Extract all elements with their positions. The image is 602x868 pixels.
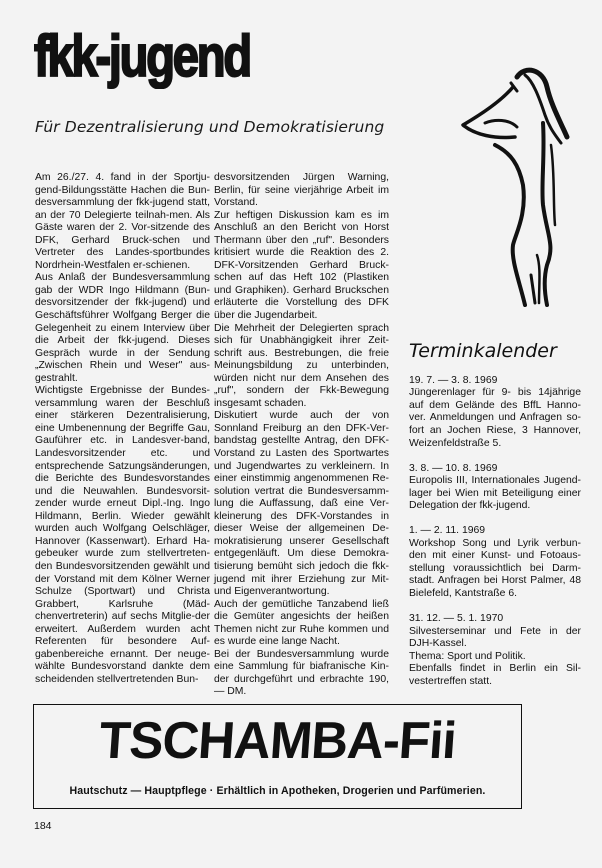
article-paragraph: desvorsitzenden Jürgen Warning, Berlin, … (214, 172, 389, 210)
advertisement-box: TSCHAMBA-Fii Hautschutz — Hauptpflege · … (33, 704, 522, 809)
event-note: Ebenfalls findet in Berlin ein Sil-veste… (409, 663, 581, 688)
event-date: 3. 8. — 10. 8. 1969 (409, 463, 581, 476)
event-description: Workshop Song und Lyrik verbun-den mit e… (409, 538, 581, 599)
article-paragraph: Wichtigste Ergebnisse der Bundes-versamm… (35, 385, 210, 686)
article-paragraph: Auch der gemütliche Tanzabend ließ die G… (214, 599, 389, 649)
article-paragraph: Bei der Bundesversammlung wurde eine Sam… (214, 649, 389, 699)
article-column-1: Am 26./27. 4. fand in der Sportju-gend-B… (35, 172, 210, 686)
calendar-event: 31. 12. — 5. 1. 1970 Silvesterseminar un… (409, 613, 581, 688)
event-description: Silvesterseminar und Fete in der DJH-Kas… (409, 626, 581, 651)
article-paragraph: Aus Anlaß der Bundesversammlung gab der … (35, 272, 210, 385)
event-date: 31. 12. — 5. 1. 1970 (409, 613, 581, 626)
page-title: fkk-jugend (34, 28, 250, 86)
event-date: 19. 7. — 3. 8. 1969 (409, 375, 581, 388)
page-subtitle: Für Dezentralisierung und Demokratisieru… (35, 118, 384, 136)
article-column-2: desvorsitzenden Jürgen Warning, Berlin, … (214, 172, 389, 699)
article-paragraph: Diskutiert wurde auch der von Sonnland F… (214, 410, 389, 598)
calendar-event: 19. 7. — 3. 8. 1969 Jüngerenlager für 9-… (409, 375, 581, 450)
ad-brand-logo: TSCHAMBA-Fii (37, 715, 518, 767)
calendar-section: Terminkalender 19. 7. — 3. 8. 1969 Jünge… (409, 340, 581, 701)
line-drawing-figure-icon (455, 35, 595, 310)
page-number: 184 (34, 820, 52, 832)
event-description: Jüngerenlager für 9- bis 14jährige auf d… (409, 387, 581, 448)
calendar-event: 3. 8. — 10. 8. 1969 Europolis III, Inter… (409, 463, 581, 513)
article-paragraph: Zur heftigen Diskussion kam es im Anschl… (214, 210, 389, 323)
calendar-title: Terminkalender (409, 340, 581, 363)
ad-tagline: Hautschutz — Hauptpflege · Erhältlich in… (34, 785, 521, 797)
event-theme: Thema: Sport und Politik. (409, 651, 581, 664)
event-date: 1. — 2. 11. 1969 (409, 525, 581, 538)
event-description: Europolis III, Internationales Jugend-la… (409, 475, 581, 511)
article-paragraph: Die Mehrheit der Delegierten sprach sich… (214, 323, 389, 411)
article-paragraph: Am 26./27. 4. fand in der Sportju-gend-B… (35, 172, 210, 272)
calendar-event: 1. — 2. 11. 1969 Workshop Song und Lyrik… (409, 525, 581, 600)
